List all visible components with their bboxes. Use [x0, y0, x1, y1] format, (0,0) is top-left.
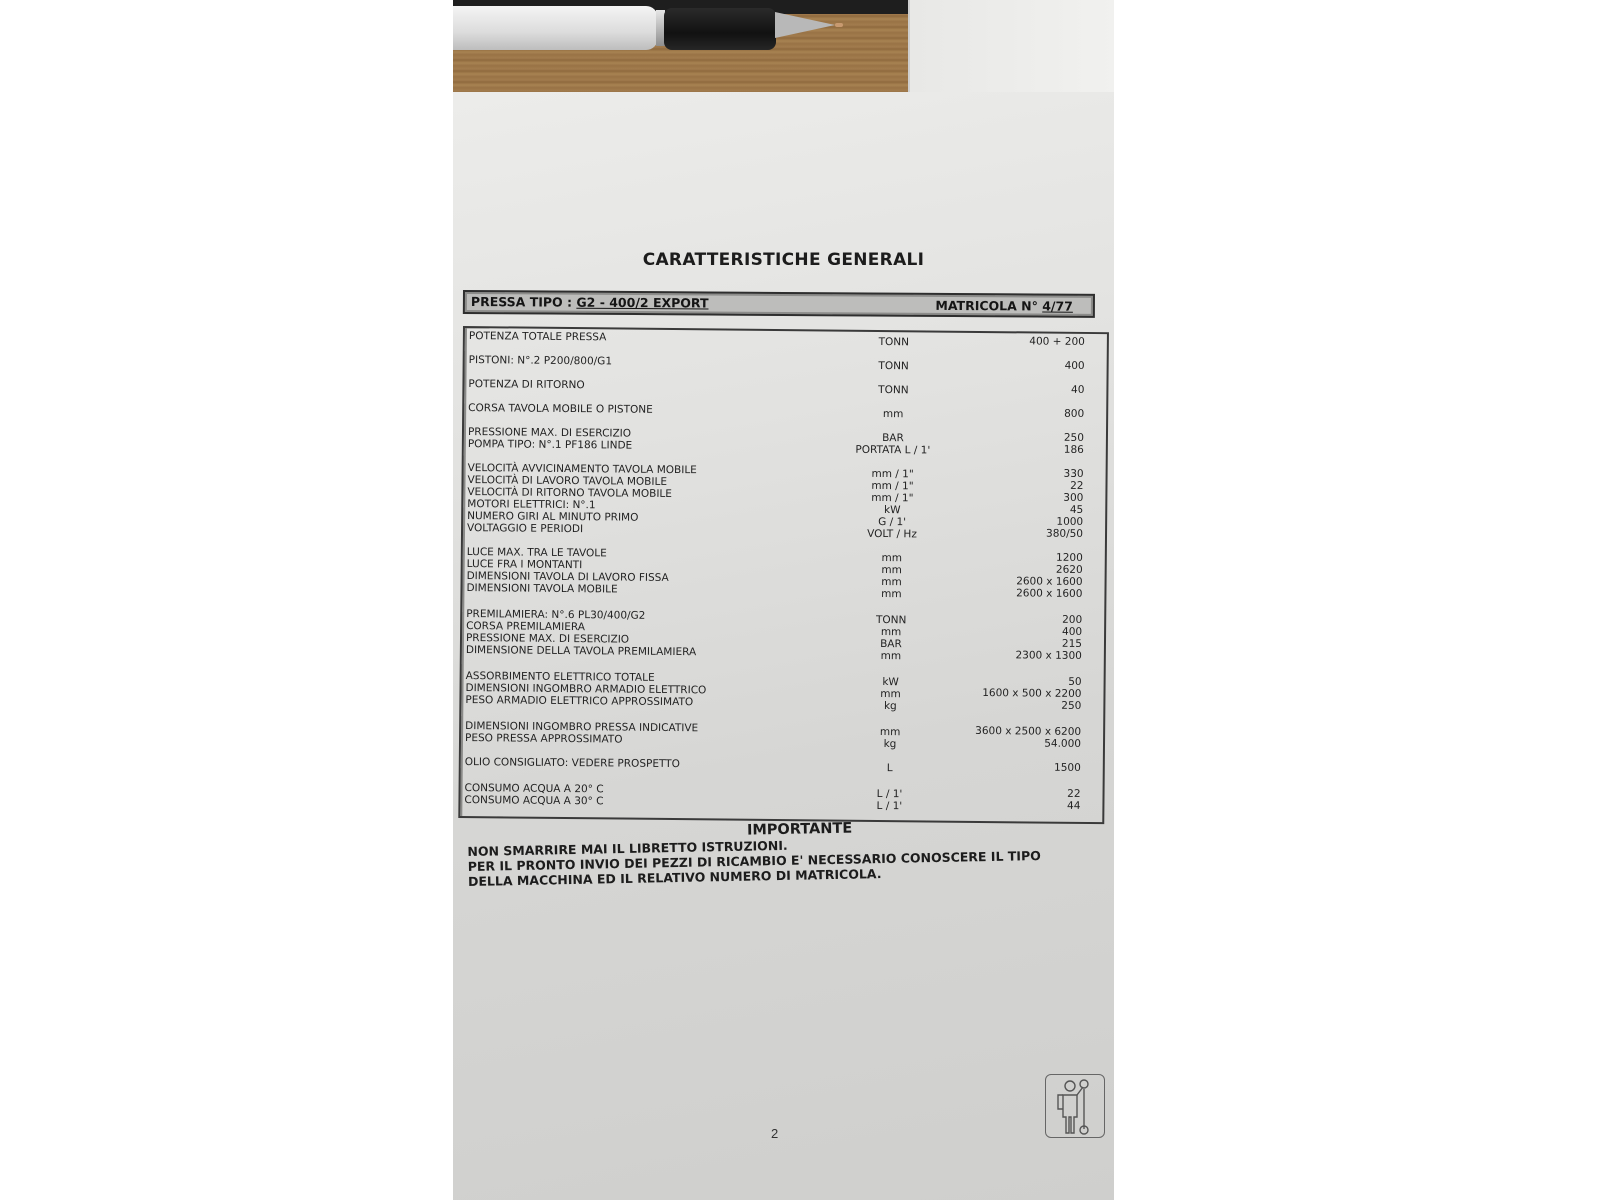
spec-value: 186 — [1064, 444, 1084, 456]
spec-value: 40 — [1071, 384, 1084, 396]
spec-label: POTENZA DI RITORNO — [468, 378, 584, 391]
press-model: PRESSA TIPO : G2 - 400/2 EXPORT — [471, 294, 709, 310]
spec-value: 400 — [1065, 360, 1085, 372]
spec-value: 50 — [1068, 676, 1081, 688]
important-notice: IMPORTANTE NON SMARRIRE MAI IL LIBRETTO … — [467, 816, 1113, 889]
spec-value: 200 — [1062, 614, 1082, 626]
spec-label: PESO ARMADIO ELETTRICO APPROSSIMATO — [465, 694, 693, 708]
spec-value: 800 — [1064, 408, 1084, 420]
spec-value: 1500 — [1054, 762, 1081, 774]
spec-label: OLIO CONSIGLIATO: VEDERE PROSPETTO — [465, 756, 680, 770]
spec-value: 1600 x 500 x 2200 — [982, 687, 1081, 700]
spec-value: 250 — [1064, 432, 1084, 444]
spec-label: POTENZA TOTALE PRESSA — [469, 330, 607, 343]
spec-unit: VOLT / Hz — [827, 528, 957, 541]
spec-label: POMPA TIPO: N°.1 PF186 LINDE — [468, 438, 632, 452]
serial-value: 4/77 — [1042, 299, 1073, 314]
model-label: PRESSA TIPO : — [471, 294, 572, 310]
spec-value: 22 — [1067, 788, 1080, 800]
spec-value: 1000 — [1056, 516, 1083, 528]
spec-unit: kg — [825, 737, 955, 750]
spec-row: OLIO CONSIGLIATO: VEDERE PROSPETTOL1500 — [465, 756, 1103, 775]
spec-unit: TONN — [829, 336, 959, 349]
spec-unit: mm — [828, 408, 958, 421]
spec-value: 300 — [1063, 492, 1083, 504]
spec-label: VOLTAGGIO E PERIODI — [467, 522, 583, 535]
spec-value: 2620 — [1056, 564, 1083, 576]
spec-unit: L — [825, 761, 955, 774]
spec-value: 2600 x 1600 — [1016, 587, 1082, 600]
document-photo: CARATTERISTICHE GENERALI PRESSA TIPO : G… — [453, 0, 1114, 1200]
spec-value: 2600 x 1600 — [1016, 575, 1082, 588]
maintenance-worker-wrench-icon — [1045, 1074, 1105, 1138]
spec-row: POTENZA DI RITORNOTONN40 — [468, 378, 1106, 397]
pen-body — [453, 6, 658, 50]
spec-value: 215 — [1062, 638, 1082, 650]
spec-row: PISTONI: N°.2 P200/800/G1TONN400 — [469, 354, 1107, 373]
spec-value: 54.000 — [1044, 738, 1081, 750]
spec-label: PESO PRESSA APPROSSIMATO — [465, 732, 623, 746]
spec-row: POTENZA TOTALE PRESSATONN400 + 200 — [469, 330, 1107, 349]
page-title: CARATTERISTICHE GENERALI — [453, 250, 1114, 270]
serial-number: MATRICOLA N° 4/77 — [935, 298, 1073, 314]
spec-unit: TONN — [828, 384, 958, 397]
page-number: 2 — [771, 1126, 778, 1141]
spec-value: 44 — [1067, 800, 1080, 812]
spec-unit: mm — [826, 588, 956, 601]
spec-label: CONSUMO ACQUA A 30° C — [464, 794, 603, 807]
spec-unit: mm — [826, 649, 956, 662]
manual-page: CARATTERISTICHE GENERALI PRESSA TIPO : G… — [453, 92, 1114, 1200]
background-paper — [908, 0, 1114, 104]
spec-value: 22 — [1070, 480, 1083, 492]
spec-value: 330 — [1064, 468, 1084, 480]
spec-unit: kg — [825, 699, 955, 712]
specifications-table: POTENZA TOTALE PRESSATONN400 + 200PISTON… — [458, 326, 1109, 824]
spec-label: CORSA TAVOLA MOBILE O PISTONE — [468, 402, 653, 416]
spec-row: CORSA TAVOLA MOBILE O PISTONEmm800 — [468, 402, 1106, 421]
spec-label: DIMENSIONI TAVOLA MOBILE — [466, 582, 617, 595]
spec-value: 400 + 200 — [1029, 335, 1085, 348]
spec-label: LUCE FRA I MONTANTI — [467, 558, 583, 571]
spec-value: 400 — [1062, 626, 1082, 638]
spec-unit: TONN — [829, 360, 959, 373]
spec-value: 2300 x 1300 — [1015, 649, 1081, 662]
pen-point — [835, 23, 843, 27]
spec-value: 250 — [1061, 700, 1081, 712]
spec-label: PISTONI: N°.2 P200/800/G1 — [469, 354, 612, 367]
press-header-box: PRESSA TIPO : G2 - 400/2 EXPORT MATRICOL… — [463, 290, 1095, 318]
spec-unit: PORTATA L / 1' — [828, 444, 958, 457]
spec-value: 1200 — [1056, 552, 1083, 564]
model-value: G2 - 400/2 EXPORT — [576, 295, 708, 311]
spec-value: 45 — [1070, 504, 1083, 516]
serial-label: MATRICOLA N° — [935, 298, 1038, 314]
spec-label: DIMENSIONE DELLA TAVOLA PREMILAMIERA — [466, 644, 696, 658]
pen-grip — [664, 8, 776, 50]
pen-tip — [775, 12, 835, 38]
spec-value: 380/50 — [1046, 528, 1083, 540]
spec-value: 3600 x 2500 x 6200 — [975, 725, 1081, 738]
spec-unit: L / 1' — [824, 799, 954, 812]
spec-label: CORSA PREMILAMIERA — [466, 620, 585, 633]
